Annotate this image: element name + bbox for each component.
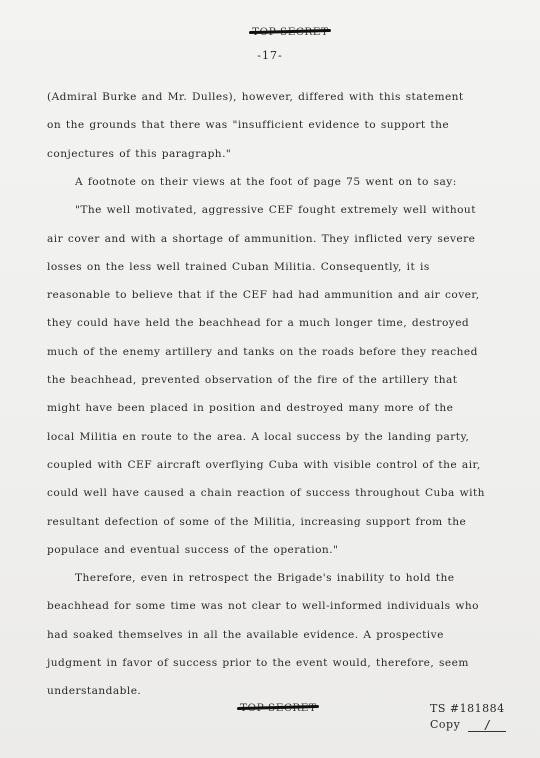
copy-label: Copy (430, 718, 460, 731)
text-line: could well have caused a chain reaction … (47, 487, 485, 499)
bottom-classification-marking: TOP SECRET (240, 702, 316, 714)
text-line: much of the enemy artillery and tanks on… (47, 346, 478, 358)
text-line: beachhead for some time was not clear to… (47, 600, 479, 612)
text-line: had soaked themselves in all the availab… (47, 629, 444, 641)
text-line: understandable. (47, 685, 141, 697)
text-line: they could have held the beachhead for a… (47, 317, 469, 329)
text-line: reasonable to believe that if the CEF ha… (47, 289, 480, 301)
text-line: judgment in favor of success prior to th… (47, 657, 469, 669)
text-line: A footnote on their views at the foot of… (75, 176, 457, 188)
text-line: Therefore, even in retrospect the Brigad… (75, 572, 454, 584)
text-line: air cover and with a shortage of ammunit… (47, 233, 475, 245)
copy-number-line: Copy / (430, 718, 506, 732)
text-line: conjectures of this paragraph." (47, 148, 231, 160)
page-number: -17- (0, 49, 540, 62)
text-line: on the grounds that there was "insuffici… (47, 119, 449, 131)
text-line: local Militia en route to the area. A lo… (47, 431, 469, 443)
top-classification-marking: TOP SECRET (252, 26, 328, 38)
text-line: the beachhead, prevented observation of … (47, 374, 458, 386)
text-line: populace and eventual success of the ope… (47, 544, 338, 556)
text-line: losses on the less well trained Cuban Mi… (47, 261, 430, 273)
text-line: might have been placed in position and d… (47, 402, 453, 414)
copy-number-handwritten: / (468, 719, 506, 732)
document-page: TOP SECRET -17- (Admiral Burke and Mr. D… (0, 0, 540, 758)
text-line: resultant defection of some of the Milit… (47, 516, 466, 528)
text-line: (Admiral Burke and Mr. Dulles), however,… (47, 91, 464, 103)
text-line: coupled with CEF aircraft overflying Cub… (47, 459, 481, 471)
text-line: "The well motivated, aggressive CEF foug… (75, 204, 476, 216)
ts-control-number: TS #181884 (430, 702, 505, 715)
